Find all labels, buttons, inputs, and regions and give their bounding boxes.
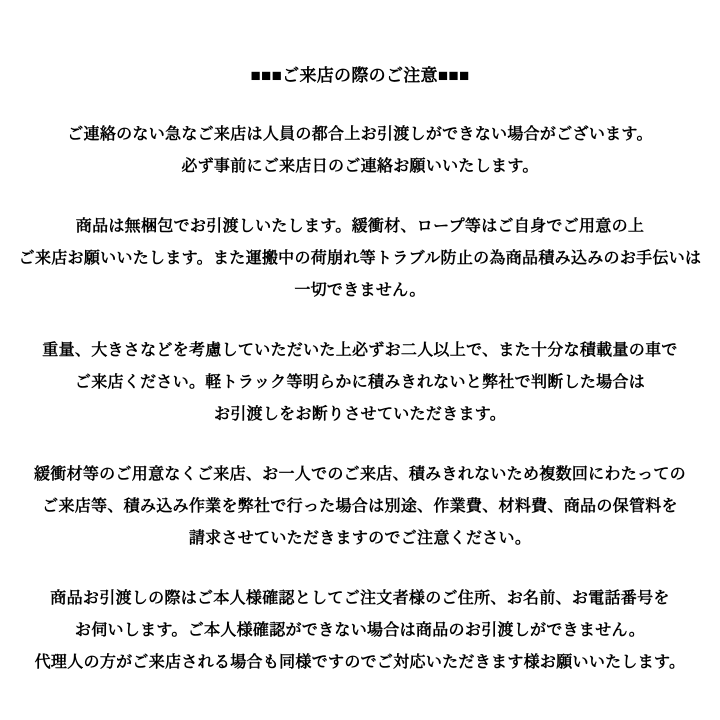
store-visit-notice: ■■■ご来店の際のご注意■■■ ご連絡のない急なご来店は人員の都合上お引渡しがで… [0,0,720,679]
text-line: お伺いします。ご本人様確認ができない場合は商品のお引渡しができません。 [0,615,720,647]
notice-paragraph-fees: 緩衝材等のご用意なくご来店、お一人でのご来店、積みきれないため複数回にわたっての… [0,459,720,555]
notice-paragraph-contact: ご連絡のない急なご来店は人員の都合上お引渡しができない場合がございます。 必ず事… [0,119,720,183]
notice-paragraph-vehicle: 重量、大きさなどを考慮していただいた上必ずお二人以上で、また十分な積載量の車で … [0,335,720,431]
text-line: ご来店ください。軽トラック等明らかに積みきれないと弊社で判断した場合は [0,367,720,399]
text-line: 緩衝材等のご用意なくご来店、お一人でのご来店、積みきれないため複数回にわたっての [0,459,720,491]
text-line: 必ず事前にご来店日のご連絡お願いいたします。 [0,151,720,183]
notice-paragraph-identity: 商品お引渡しの際はご本人様確認としてご注文者様のご住所、お名前、お電話番号を お… [0,583,720,679]
text-line: 請求させていただきますのでご注意ください。 [0,523,720,555]
notice-paragraph-packing: 商品は無梱包でお引渡しいたします。緩衝材、ロープ等はご自身でご用意の上 ご来店お… [0,211,720,307]
text-line: 代理人の方がご来店される場合も同様ですのでご対応いただきます様お願いいたします。 [0,647,720,679]
text-line: ご連絡のない急なご来店は人員の都合上お引渡しができない場合がございます。 [0,119,720,151]
notice-title: ■■■ご来店の際のご注意■■■ [0,60,720,92]
text-line: お引渡しをお断りさせていただきます。 [0,399,720,431]
text-line: 重量、大きさなどを考慮していただいた上必ずお二人以上で、また十分な積載量の車で [0,335,720,367]
text-line: 商品は無梱包でお引渡しいたします。緩衝材、ロープ等はご自身でご用意の上 [0,211,720,243]
text-line: ご来店お願いいたします。また運搬中の荷崩れ等トラブル防止の為商品積み込みのお手伝… [0,243,720,275]
text-line: 商品お引渡しの際はご本人様確認としてご注文者様のご住所、お名前、お電話番号を [0,583,720,615]
text-line: ご来店等、積み込み作業を弊社で行った場合は別途、作業費、材料費、商品の保管料を [0,491,720,523]
text-line: 一切できません。 [0,275,720,307]
